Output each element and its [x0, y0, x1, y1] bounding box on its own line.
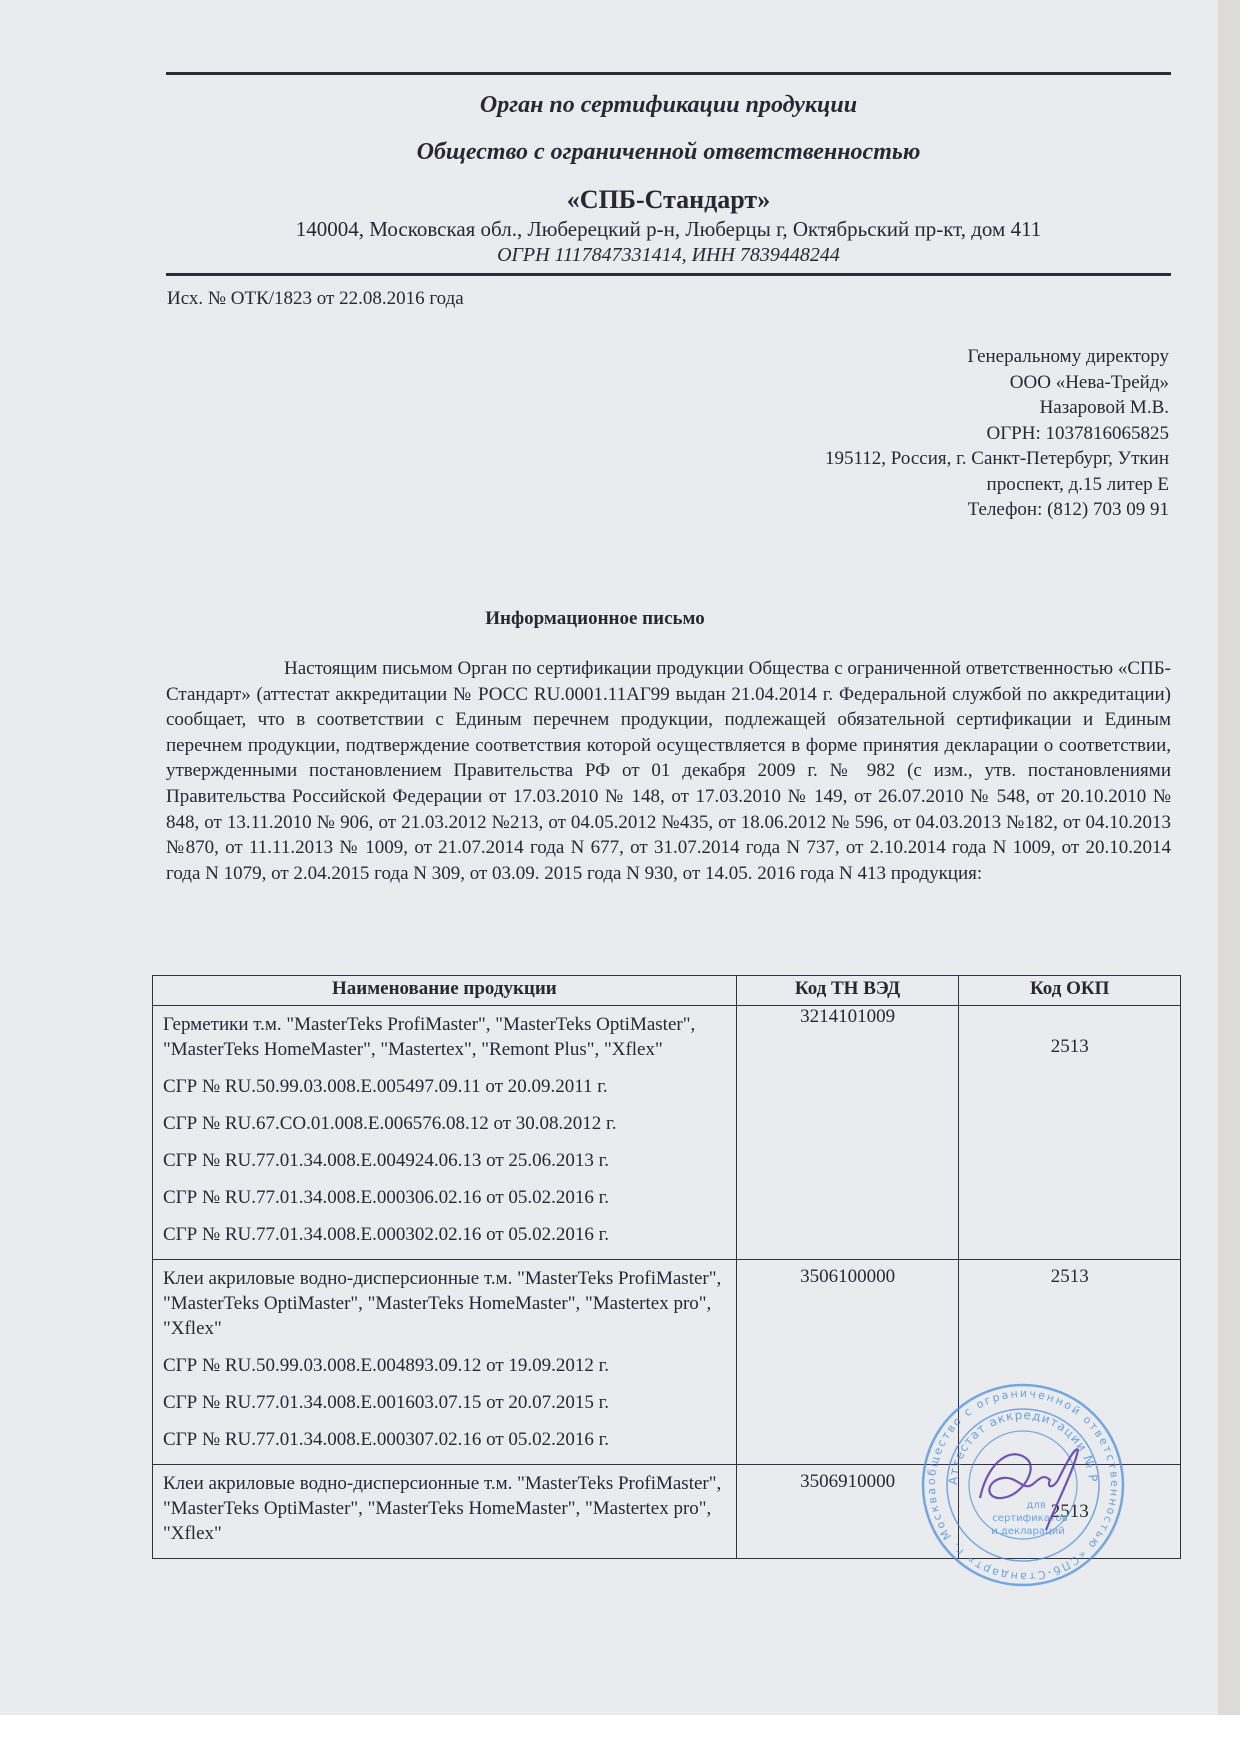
okp-code: 2513	[959, 1260, 1181, 1465]
tnved-code: 3506910000	[736, 1465, 959, 1559]
table-row: Клеи акриловые водно-дисперсионные т.м. …	[153, 1260, 1181, 1465]
certificate-line: СГР № RU.50.99.03.008.Е.005497.09.11 от …	[163, 1074, 728, 1099]
recipient-line: ОГРН: 1037816065825	[825, 421, 1169, 447]
certificate-line: СГР № RU.67.CO.01.008.Е.006576.08.12 от …	[163, 1111, 728, 1136]
header-address: 140004, Московская обл., Люберецкий р-н,…	[166, 217, 1171, 242]
recipient-line: Телефон: (812) 703 09 91	[825, 497, 1169, 523]
tnved-code: 3506100000	[736, 1260, 959, 1465]
recipient-line: ООО «Нева-Трейд»	[825, 370, 1169, 396]
okp-code: 2513	[959, 1006, 1181, 1260]
recipient-block: Генеральному директору ООО «Нева-Трейд» …	[825, 344, 1169, 523]
outgoing-reference: Исх. № ОТК/1823 от 22.08.2016 года	[167, 288, 464, 310]
product-name-cell: Герметики т.м. "MasterTeks ProfiMaster",…	[153, 1006, 737, 1260]
recipient-line: проспект, д.15 литер Е	[825, 472, 1169, 498]
header-legal-form: Общество с ограниченной ответственностью	[166, 139, 1171, 166]
table-row: Герметики т.м. "MasterTeks ProfiMaster",…	[153, 1006, 1181, 1260]
recipient-line: Генеральному директору	[825, 344, 1169, 370]
table-header-row: Наименование продукции Код ТН ВЭД Код ОК…	[153, 976, 1181, 1006]
recipient-line: Назаровой М.В.	[825, 395, 1169, 421]
column-header-product-name: Наименование продукции	[153, 976, 737, 1006]
column-header-okp: Код ОКП	[959, 976, 1181, 1006]
certificate-line: СГР № RU.77.01.34.008.Е.000306.02.16 от …	[163, 1185, 728, 1210]
product-name: Клеи акриловые водно-дисперсионные т.м. …	[163, 1471, 728, 1546]
recipient-line: 195112, Россия, г. Санкт-Петербург, Утки…	[825, 446, 1169, 472]
okp-code: 2513	[959, 1465, 1181, 1559]
tnved-code: 3214101009	[736, 1006, 959, 1260]
products-table: Наименование продукции Код ТН ВЭД Код ОК…	[152, 975, 1181, 1559]
certificate-line: СГР № RU.77.01.34.008.Е.000302.02.16 от …	[163, 1222, 728, 1247]
header-bottom-rule	[166, 273, 1171, 276]
product-name: Клеи акриловые водно-дисперсионные т.м. …	[163, 1266, 728, 1341]
certificate-line: СГР № RU.50.99.03.008.Е.004893.09.12 от …	[163, 1353, 728, 1378]
column-header-tnved: Код ТН ВЭД	[736, 976, 959, 1006]
table-row: Клеи акриловые водно-дисперсионные т.м. …	[153, 1465, 1181, 1559]
certificate-line: СГР № RU.77.01.34.008.Е.001603.07.15 от …	[163, 1390, 728, 1415]
page-edge	[1218, 0, 1240, 1715]
product-name: Герметики т.м. "MasterTeks ProfiMaster",…	[163, 1012, 728, 1062]
header-org-name: «СПБ-Стандарт»	[166, 185, 1171, 215]
letter-title: Информационное письмо	[0, 608, 1190, 630]
header-org-type: Орган по сертификации продукции	[166, 92, 1171, 119]
header-registration: ОГРН 1117847331414, ИНН 7839448244	[166, 244, 1171, 267]
letter-body: Настоящим письмом Орган по сертификации …	[166, 656, 1171, 886]
certificate-line: СГР № RU.77.01.34.008.Е.000307.02.16 от …	[163, 1427, 728, 1452]
certificate-line: СГР № RU.77.01.34.008.Е.004924.06.13 от …	[163, 1148, 728, 1173]
product-name-cell: Клеи акриловые водно-дисперсионные т.м. …	[153, 1260, 737, 1465]
product-name-cell: Клеи акриловые водно-дисперсионные т.м. …	[153, 1465, 737, 1559]
header-top-rule	[166, 72, 1171, 75]
